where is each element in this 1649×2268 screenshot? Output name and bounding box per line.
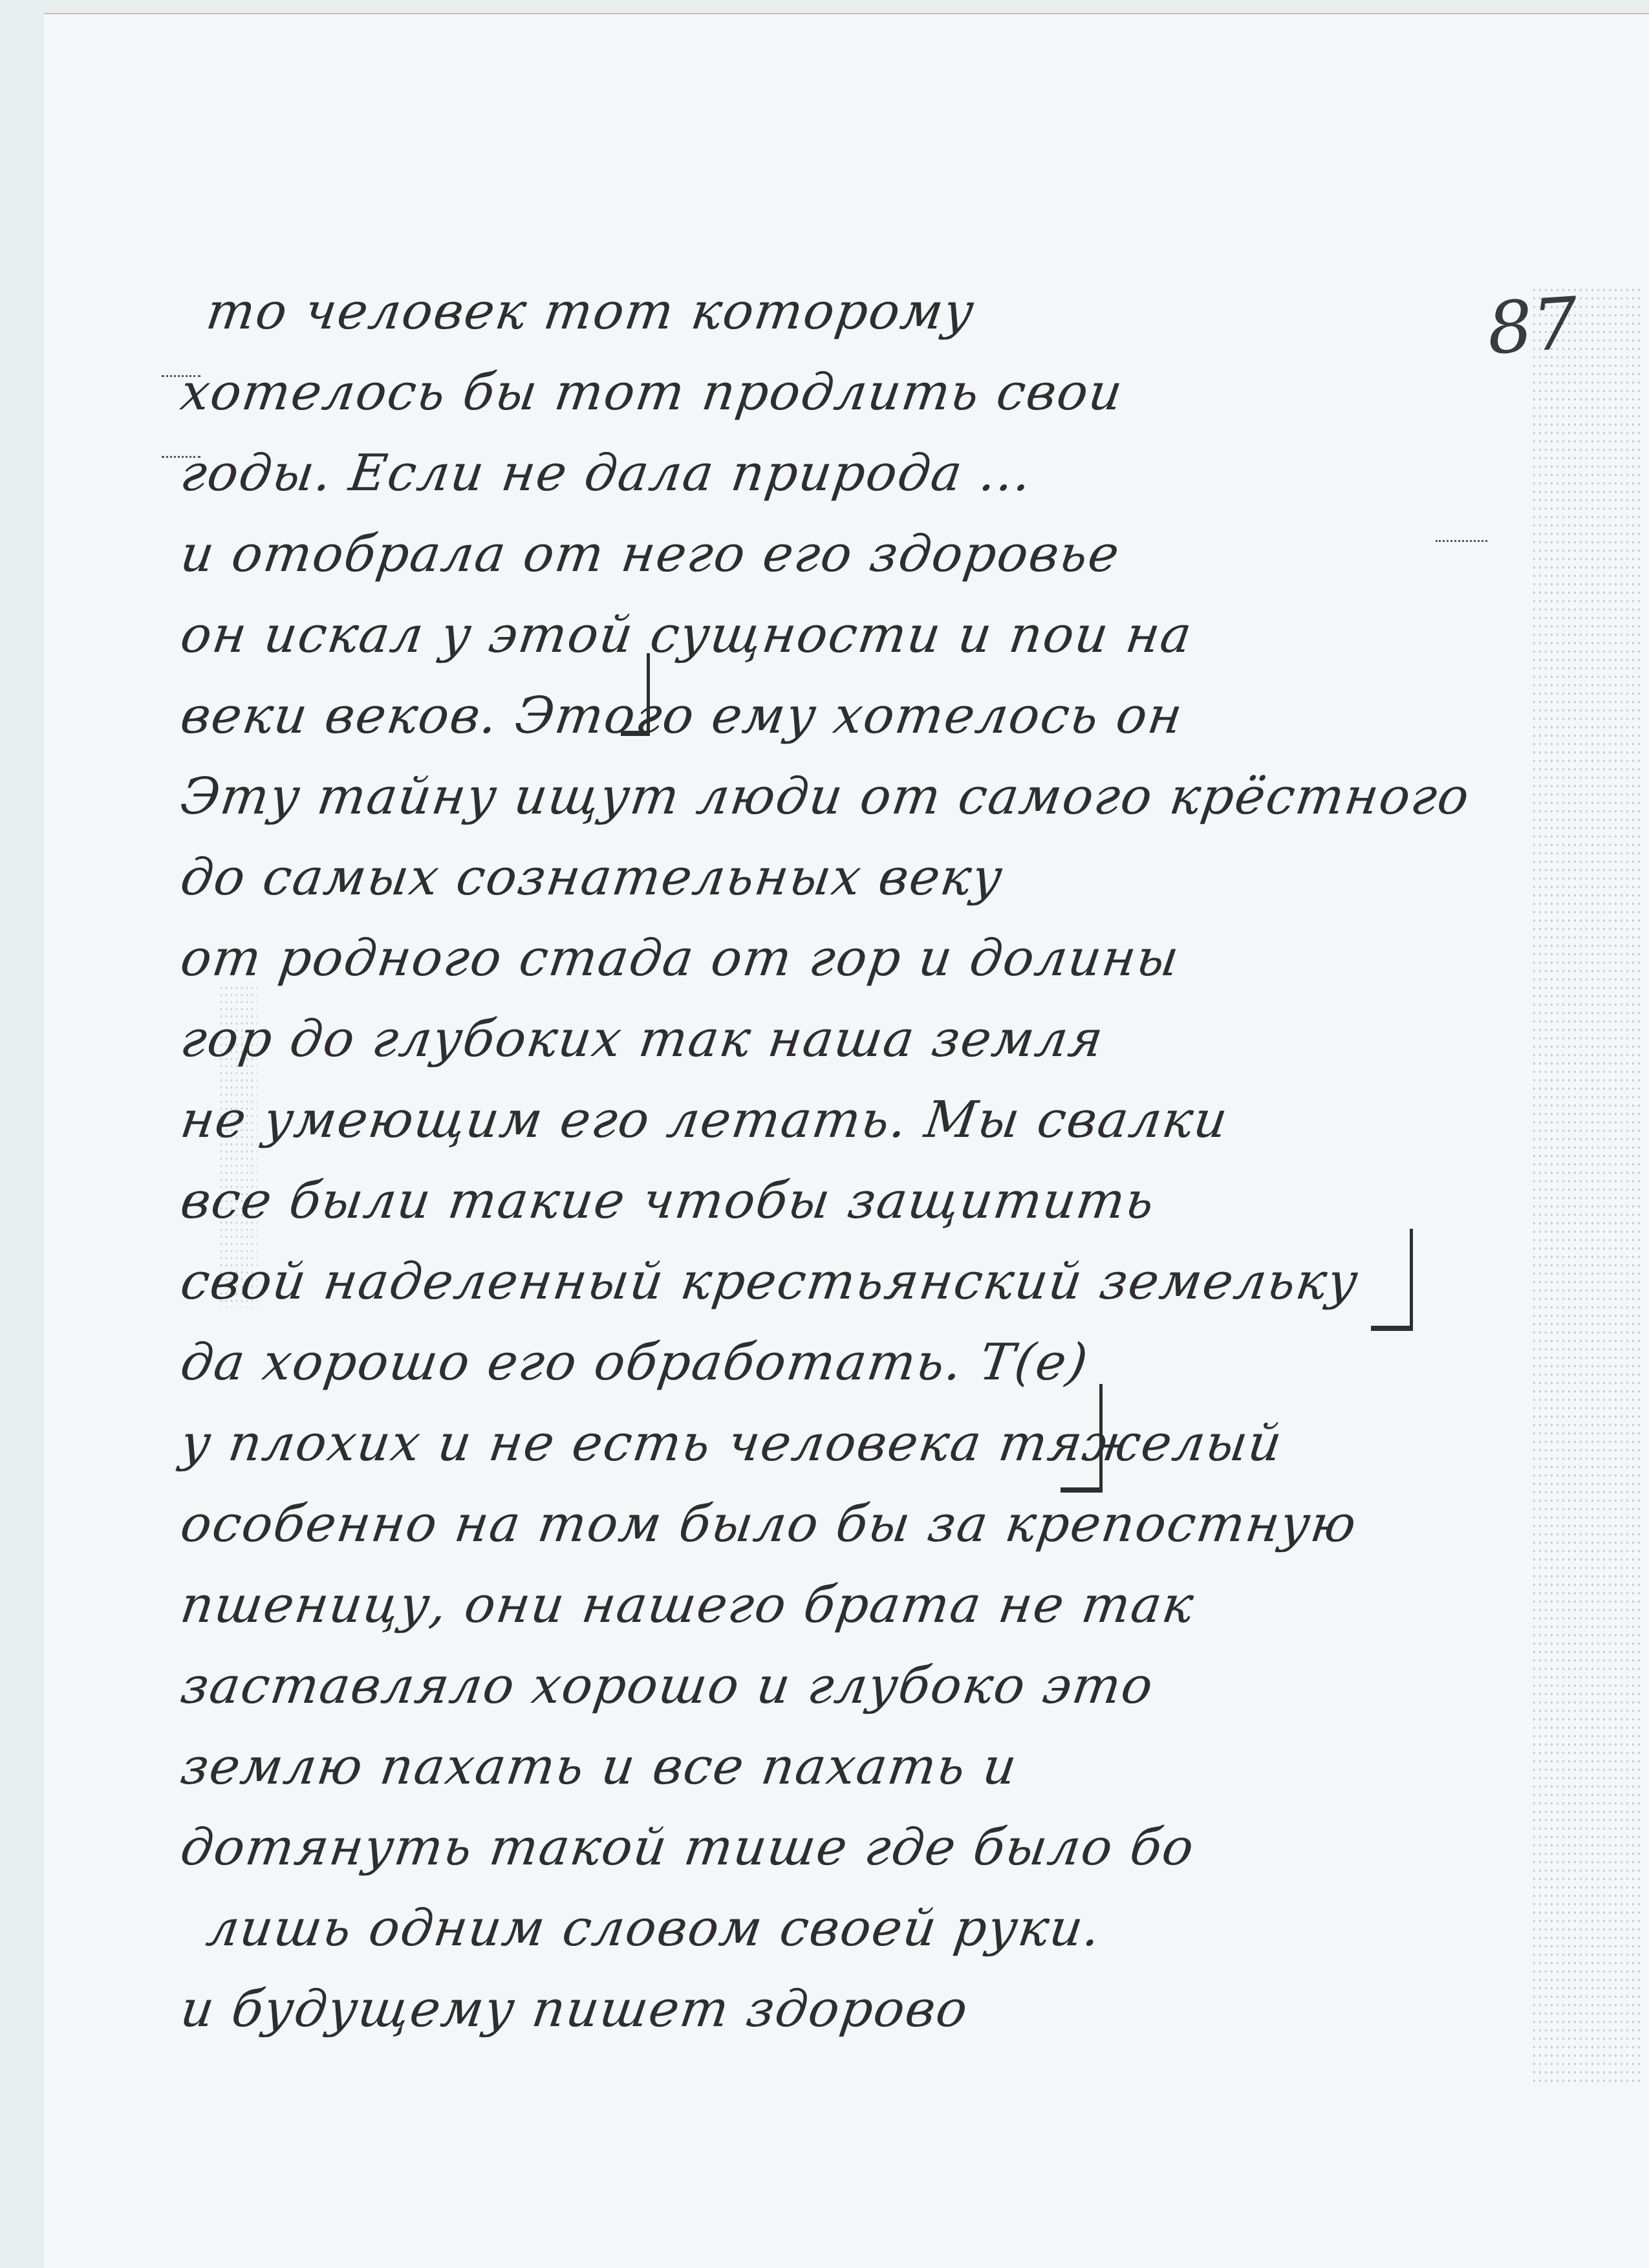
text-line: заставляло хорошо и глубоко это: [175, 1646, 1480, 1727]
text-line: и будущему пишет здорово: [175, 1969, 1480, 2050]
handwritten-text: то человек тот которому хотелось бы тот …: [181, 272, 1474, 2050]
bracket-mark: [621, 653, 650, 736]
text-line: лишь одним словом своей руки.: [175, 1888, 1480, 1969]
text-line: пшеницу, они нашего брата не так: [175, 1565, 1480, 1646]
text-line: и отобрала от него его здоровье: [175, 514, 1480, 595]
text-line: особенно на том было бы за крепостную: [175, 1484, 1480, 1565]
dash-mark: [162, 456, 200, 458]
text-line: он искал у этой сущности и пои на: [175, 595, 1480, 676]
bracket-mark: [1061, 1384, 1103, 1493]
text-line: годы. Если не дала природа ...: [175, 433, 1480, 514]
text-line: землю пахать и все пахать и: [175, 1727, 1480, 1808]
text-line: гор до глубоких так наша земля: [175, 999, 1480, 1080]
photocopy-noise: [1531, 286, 1641, 2084]
text-line: от родного стада от гор и долины: [175, 918, 1480, 999]
dash-mark: [162, 375, 200, 377]
text-line: дотянуть такой тише где было бо: [175, 1808, 1480, 1888]
text-line: веки веков. Этого ему хотелось он: [175, 676, 1480, 757]
text-line: то человек тот которому: [175, 272, 1480, 352]
text-line: да хорошо его обработать. Т(е): [175, 1323, 1480, 1403]
text-line: хотелось бы тот продлить свои: [175, 352, 1480, 433]
bracket-mark: [1371, 1229, 1413, 1331]
text-line: у плохих и не есть человека тяжелый: [175, 1403, 1480, 1484]
text-line: Эту тайну ищут люди от самого крёстного: [175, 757, 1480, 837]
text-line: не умеющим его летать. Мы свалки: [175, 1080, 1480, 1161]
text-line: до самых сознательных веку: [175, 837, 1480, 918]
text-line: все были такие чтобы защитить: [175, 1161, 1480, 1242]
text-line: свой наделенный крестьянский земельку: [175, 1242, 1480, 1323]
page-number: 87: [1485, 281, 1581, 370]
dash-mark: [1436, 540, 1487, 542]
